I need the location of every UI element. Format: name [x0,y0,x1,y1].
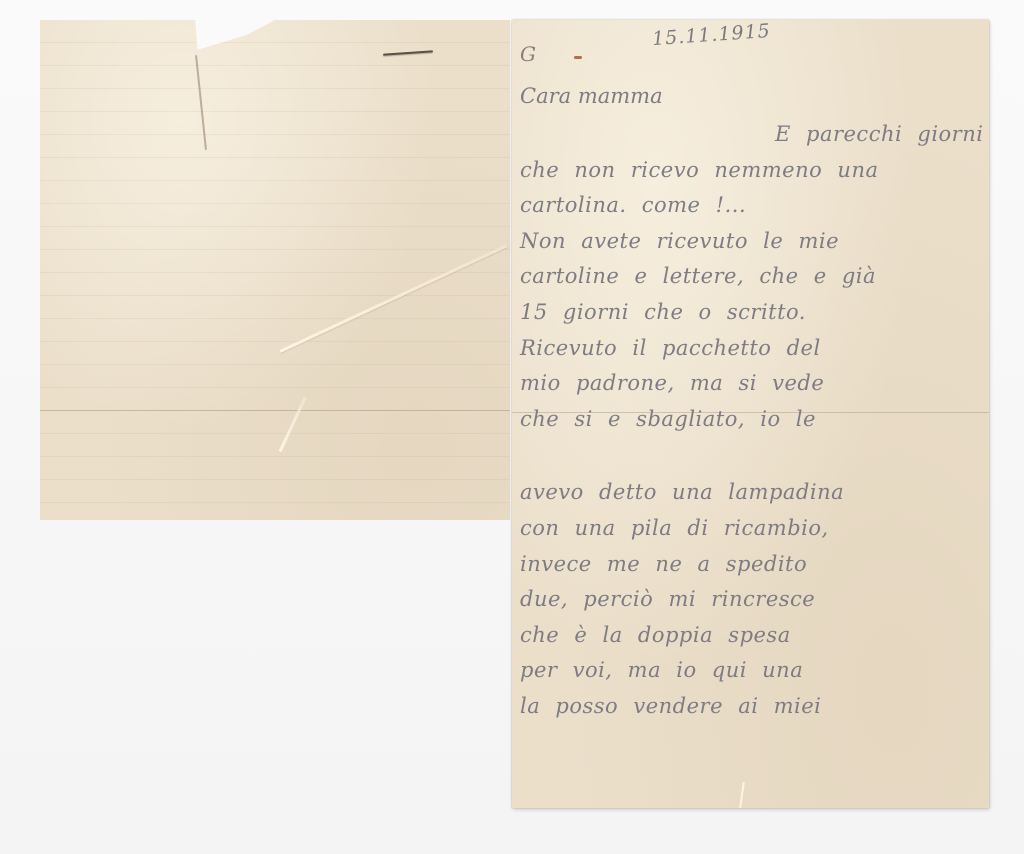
letter-line: la posso vendere ai miei [520,689,980,725]
letter-body: E parecchi giorni che non ricevo nemmeno… [520,117,980,725]
letter-line: che non ricevo nemmeno una [520,153,980,189]
letter-line: che è la doppia spesa [520,618,980,654]
scanner-background: G 15.11.1915 Cara mamma E parecchi giorn… [0,0,1024,854]
pin-icon [383,50,433,55]
letter-line: cartoline e lettere, che e già [520,259,980,295]
left-sheet-blank [40,20,510,520]
letter-line: Non avete ricevuto le mie [520,224,980,260]
diagonal-crumple-crease [279,244,507,352]
letter-line: che si e sbagliato, io le [520,402,980,438]
diagonal-crumple-crease-lower [279,396,307,452]
right-sheet-letter: G 15.11.1915 Cara mamma E parecchi giorn… [512,20,989,808]
bottom-tear [739,782,745,808]
letter-line: per voi, ma io qui una [520,653,980,689]
letter-line: due, perciò mi rincresce [520,582,980,618]
corner-mark: G [520,42,536,66]
letter-line: avevo detto una lampadina [520,475,980,511]
ink-stain [574,56,582,59]
letter-line: mio padrone, ma si vede [520,366,980,402]
letter-line: cartolina. come !... [520,188,980,224]
letter-line: 15 giorni che o scritto. [520,295,980,331]
letter-salutation: Cara mamma [520,84,663,108]
letter-line: Ricevuto il pacchetto del [520,331,980,367]
horizontal-fold-crease [40,410,510,411]
top-tear [195,55,207,150]
letter-line: invece me ne a spedito [520,547,980,583]
letter-line: con una pila di ricambio, [520,511,980,547]
letter-line: E parecchi giorni [520,117,980,153]
letter-date: 15.11.1915 [651,20,771,50]
